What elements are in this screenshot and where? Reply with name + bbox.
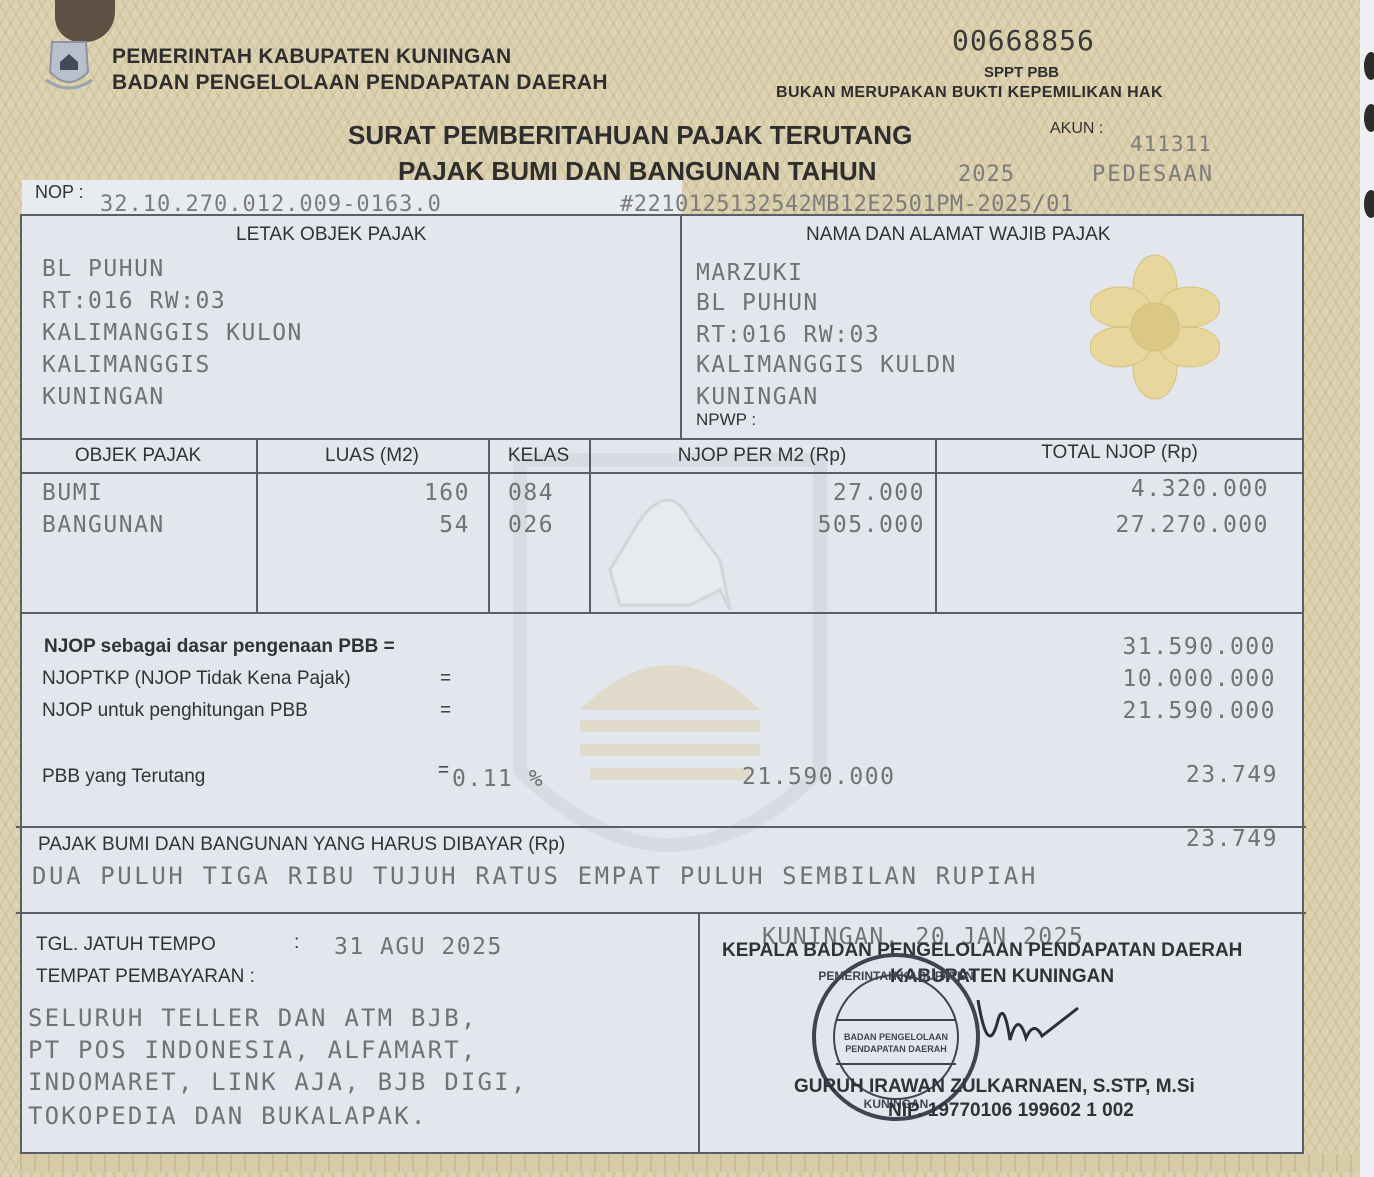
divider bbox=[16, 912, 1306, 914]
svg-text:PENDAPATAN DAERAH: PENDAPATAN DAERAH bbox=[845, 1044, 947, 1054]
npwp-label: NPWP : bbox=[696, 410, 756, 430]
column-header: TOTAL NJOP (Rp) bbox=[935, 442, 1304, 464]
nop-label: NOP : bbox=[35, 182, 84, 203]
total-njop-cell: 27.270.000 bbox=[935, 512, 1269, 538]
security-hologram-icon bbox=[1090, 252, 1220, 402]
ownership-disclaimer: BUKAN MERUPAKAN BUKTI KEPEMILIKAN HAK bbox=[776, 84, 1163, 102]
column-header: NJOP PER M2 (Rp) bbox=[589, 445, 935, 467]
akun-label: AKUN : bbox=[1050, 120, 1103, 138]
document-type: SPPT PBB bbox=[984, 64, 1059, 81]
divider bbox=[20, 438, 1304, 440]
regency-emblem-icon bbox=[44, 36, 94, 94]
security-border bbox=[20, 1154, 1360, 1172]
divider bbox=[20, 472, 1304, 474]
issuer-heading: PEMERINTAH KABUPATEN KUNINGAN BADAN PENG… bbox=[112, 44, 608, 96]
akun-value: 411311 bbox=[1130, 132, 1212, 156]
svg-text:BADAN PENGELOLAAN: BADAN PENGELOLAAN bbox=[844, 1032, 948, 1042]
punch-hole bbox=[1364, 104, 1374, 132]
payment-label: PAJAK BUMI DAN BANGUNAN YANG HARUS DIBAY… bbox=[38, 834, 565, 856]
luas-cell: 160 bbox=[256, 480, 470, 506]
tax-rate-base: 21.590.000 bbox=[742, 764, 895, 790]
tax-year: 2025 bbox=[958, 162, 1015, 187]
object-address-line: BL PUHUN bbox=[42, 256, 165, 282]
divider bbox=[680, 214, 682, 440]
punch-hole bbox=[1364, 190, 1374, 218]
column-header: KELAS bbox=[488, 445, 589, 467]
agency-name: BADAN PENGELOLAAN PENDAPATAN DAERAH bbox=[112, 70, 608, 96]
objek-cell: BUMI bbox=[42, 480, 103, 506]
taxpayer-name: MARZUKI bbox=[696, 260, 803, 286]
taxpayer-address-line: RT:016 RW:03 bbox=[696, 322, 880, 348]
object-address-line: KALIMANGGIS KULON bbox=[42, 320, 303, 346]
due-date-label: TGL. JATUH TEMPO bbox=[36, 934, 216, 956]
njoptkp-value: 10.000.000 bbox=[1020, 666, 1276, 692]
page-edge bbox=[1360, 0, 1374, 1177]
punch-hole bbox=[1364, 52, 1374, 80]
object-location-heading: LETAK OBJEK PAJAK bbox=[236, 224, 426, 246]
serial-number: 00668856 bbox=[952, 24, 1095, 57]
divider bbox=[698, 912, 700, 1154]
njop-calc-value: 21.590.000 bbox=[1020, 698, 1276, 724]
signatory-nip: NIP. 19770106 199602 1 002 bbox=[888, 1100, 1134, 1122]
njoptkp-label: NJOPTKP (NJOP Tidak Kena Pajak) bbox=[42, 668, 351, 690]
payment-place-line: TOKOPEDIA DAN BUKALAPAK. bbox=[28, 1102, 428, 1130]
taxpayer-address-line: KALIMANGGIS KULDN bbox=[696, 352, 957, 378]
payment-amount: 23.749 bbox=[1020, 826, 1278, 852]
object-address-line: RT:016 RW:03 bbox=[42, 288, 226, 314]
payment-place-label: TEMPAT PEMBAYARAN : bbox=[36, 966, 255, 988]
equals-sign: = bbox=[440, 700, 451, 722]
column-header: OBJEK PAJAK bbox=[20, 445, 256, 467]
divider bbox=[20, 612, 1304, 614]
equals-sign: = bbox=[440, 668, 451, 690]
njop-per-m2-cell: 505.000 bbox=[589, 512, 925, 538]
column-header: LUAS (M2) bbox=[256, 445, 488, 467]
kelas-cell: 084 bbox=[508, 480, 554, 506]
pbb-due-label: PBB yang Terutang bbox=[42, 766, 205, 788]
signatory-name: GURUH IRAWAN ZULKARNAEN, S.STP, M.Si bbox=[794, 1076, 1195, 1098]
object-address-line: KALIMANGGIS bbox=[42, 352, 211, 378]
colon: : bbox=[294, 932, 299, 954]
equals-sign: = bbox=[438, 760, 449, 782]
government-name: PEMERINTAH KABUPATEN KUNINGAN bbox=[112, 44, 608, 70]
area-type: PEDESAAN bbox=[1092, 162, 1214, 187]
kelas-cell: 026 bbox=[508, 512, 554, 538]
taxpayer-heading: NAMA DAN ALAMAT WAJIB PAJAK bbox=[806, 224, 1110, 246]
njop-per-m2-cell: 27.000 bbox=[589, 480, 925, 506]
svg-text:PEMERINTAH KABUPATEN: PEMERINTAH KABUPATEN bbox=[818, 969, 973, 983]
payment-place-line: PT POS INDONESIA, ALFAMART, bbox=[28, 1036, 478, 1064]
document-title: SURAT PEMBERITAHUAN PAJAK TERUTANG bbox=[348, 120, 912, 151]
taxpayer-address-line: BL PUHUN bbox=[696, 290, 819, 316]
signature-icon bbox=[968, 990, 1088, 1060]
payment-amount-words: DUA PULUH TIGA RIBU TUJUH RATUS EMPAT PU… bbox=[32, 862, 1038, 890]
tax-rate: 0.11 % bbox=[452, 766, 544, 792]
njop-calc-label: NJOP untuk penghitungan PBB bbox=[42, 700, 308, 722]
objek-cell: BANGUNAN bbox=[42, 512, 165, 538]
taxpayer-address-line: KUNINGAN bbox=[696, 384, 819, 410]
payment-place-line: SELURUH TELLER DAN ATM BJB, bbox=[28, 1004, 478, 1032]
object-address-line: KUNINGAN bbox=[42, 384, 165, 410]
due-date: 31 AGU 2025 bbox=[334, 934, 503, 960]
njop-basis-value: 31.590.000 bbox=[1020, 634, 1276, 660]
payment-place-line: INDOMARET, LINK AJA, BJB DIGI, bbox=[28, 1068, 527, 1096]
njop-basis-label: NJOP sebagai dasar pengenaan PBB = bbox=[44, 636, 395, 658]
luas-cell: 54 bbox=[256, 512, 470, 538]
pbb-due-value: 23.749 bbox=[1020, 762, 1278, 788]
total-njop-cell: 4.320.000 bbox=[935, 476, 1269, 502]
